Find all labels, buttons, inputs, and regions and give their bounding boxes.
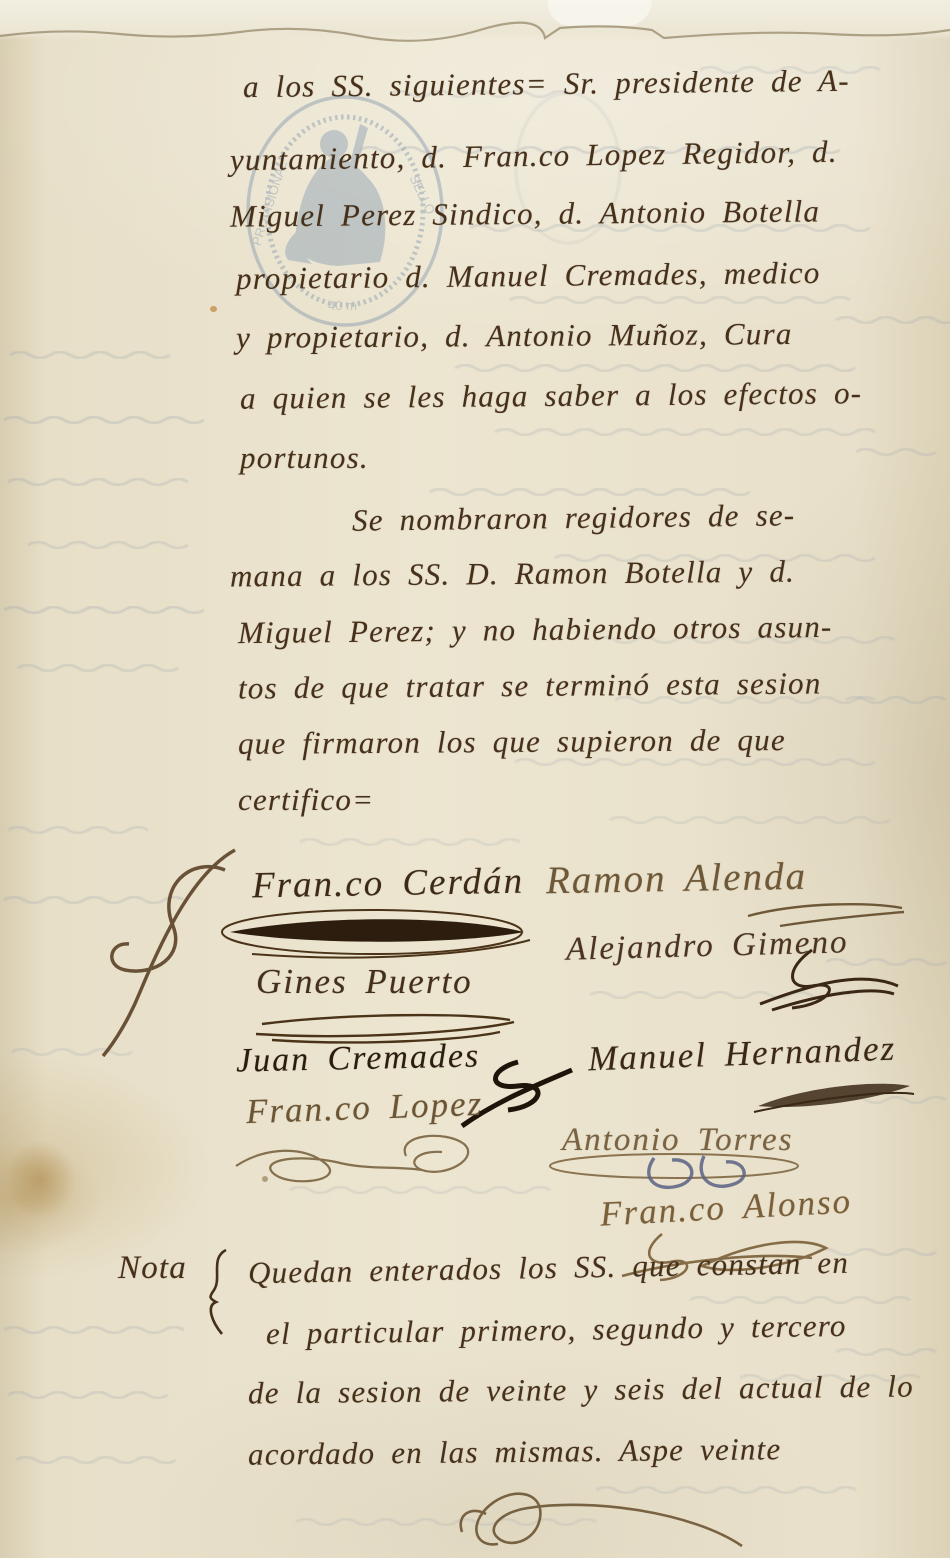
signature-gines-puerto: Gines Puerto <box>256 962 473 1002</box>
bleed-through-line <box>846 697 946 703</box>
manuscript-line: y propietario, d. Antonio Muñoz, Cura <box>236 316 793 356</box>
bleed-through-line <box>690 1297 910 1303</box>
note-brace <box>196 1248 232 1338</box>
signature-francisco-lopez: Fran.co Lopez <box>245 1084 483 1132</box>
bleed-through-line <box>10 352 170 358</box>
bleed-through-line <box>16 1457 176 1463</box>
bleed-through-line <box>8 479 188 485</box>
manuscript-line: portunos. <box>240 440 369 476</box>
cerdan-rubric-flourish <box>212 902 542 964</box>
signature-francisco-cerdan: Fran.co Cerdán <box>252 860 525 908</box>
manuscript-line: Se nombraron regidores de se- <box>352 497 796 538</box>
bleed-through-line <box>4 607 204 613</box>
bleed-through-line <box>836 317 950 323</box>
ink-speck <box>210 306 217 312</box>
manuscript-line: propietario d. Manuel Cremades, medico <box>236 255 821 297</box>
manuscript-line: que firmaron los que supieron de que <box>238 722 786 762</box>
manuscript-line: Miguel Perez; y no habiendo otros asun- <box>238 609 833 651</box>
bleed-through-line <box>18 665 178 671</box>
bleed-through-line <box>610 817 890 823</box>
manuscript-line: a quien se les haga saber a los efectos … <box>240 375 863 416</box>
gimeno-rubric-flourish <box>752 946 902 1012</box>
bleed-through-line <box>455 365 855 371</box>
bleed-through-line <box>8 827 148 833</box>
ink-speck <box>262 1176 268 1182</box>
bleed-through-line <box>28 542 188 548</box>
manuscript-line: certifico= <box>238 782 374 818</box>
bleed-through-line <box>4 1327 184 1333</box>
closing-flourish <box>432 1484 762 1554</box>
bleed-through-line <box>4 417 204 423</box>
signature-juan-cremades: Juan Cremades <box>236 1037 481 1080</box>
lopez-rubric-flourish <box>226 1126 526 1190</box>
bleed-through-line <box>856 449 936 455</box>
manuscript-line: Miguel Perez Sindico, d. Antonio Botella <box>230 193 820 234</box>
bleed-through-line <box>510 297 850 303</box>
bleed-through-line <box>836 1349 936 1355</box>
svg-text:40 m: 40 m <box>328 298 357 313</box>
note-line: acordado en las mismas. Aspe veinte <box>248 1431 782 1473</box>
bleed-through-line <box>8 1392 168 1398</box>
bleed-through-line <box>495 429 875 435</box>
bleed-through-line <box>515 759 875 765</box>
note-line: de la sesion de veinte y seis del actual… <box>248 1369 914 1412</box>
paper-stain <box>6 1140 76 1220</box>
hernandez-rubric-flourish <box>748 1076 918 1116</box>
manuscript-line: a los SS. siguientes= Sr. presidente de … <box>243 63 850 105</box>
manuscript-line: tos de que tratar se terminó esta sesion <box>238 665 822 706</box>
note-label: Nota <box>118 1250 187 1287</box>
bleed-through-line <box>430 489 750 495</box>
bleed-through-line <box>300 839 520 845</box>
manuscript-line: mana a los SS. D. Ramon Botella y d. <box>230 554 795 595</box>
manuscript-page: PROVISIONAL SELLO 40 m a los SS. siguien… <box>0 0 950 1558</box>
